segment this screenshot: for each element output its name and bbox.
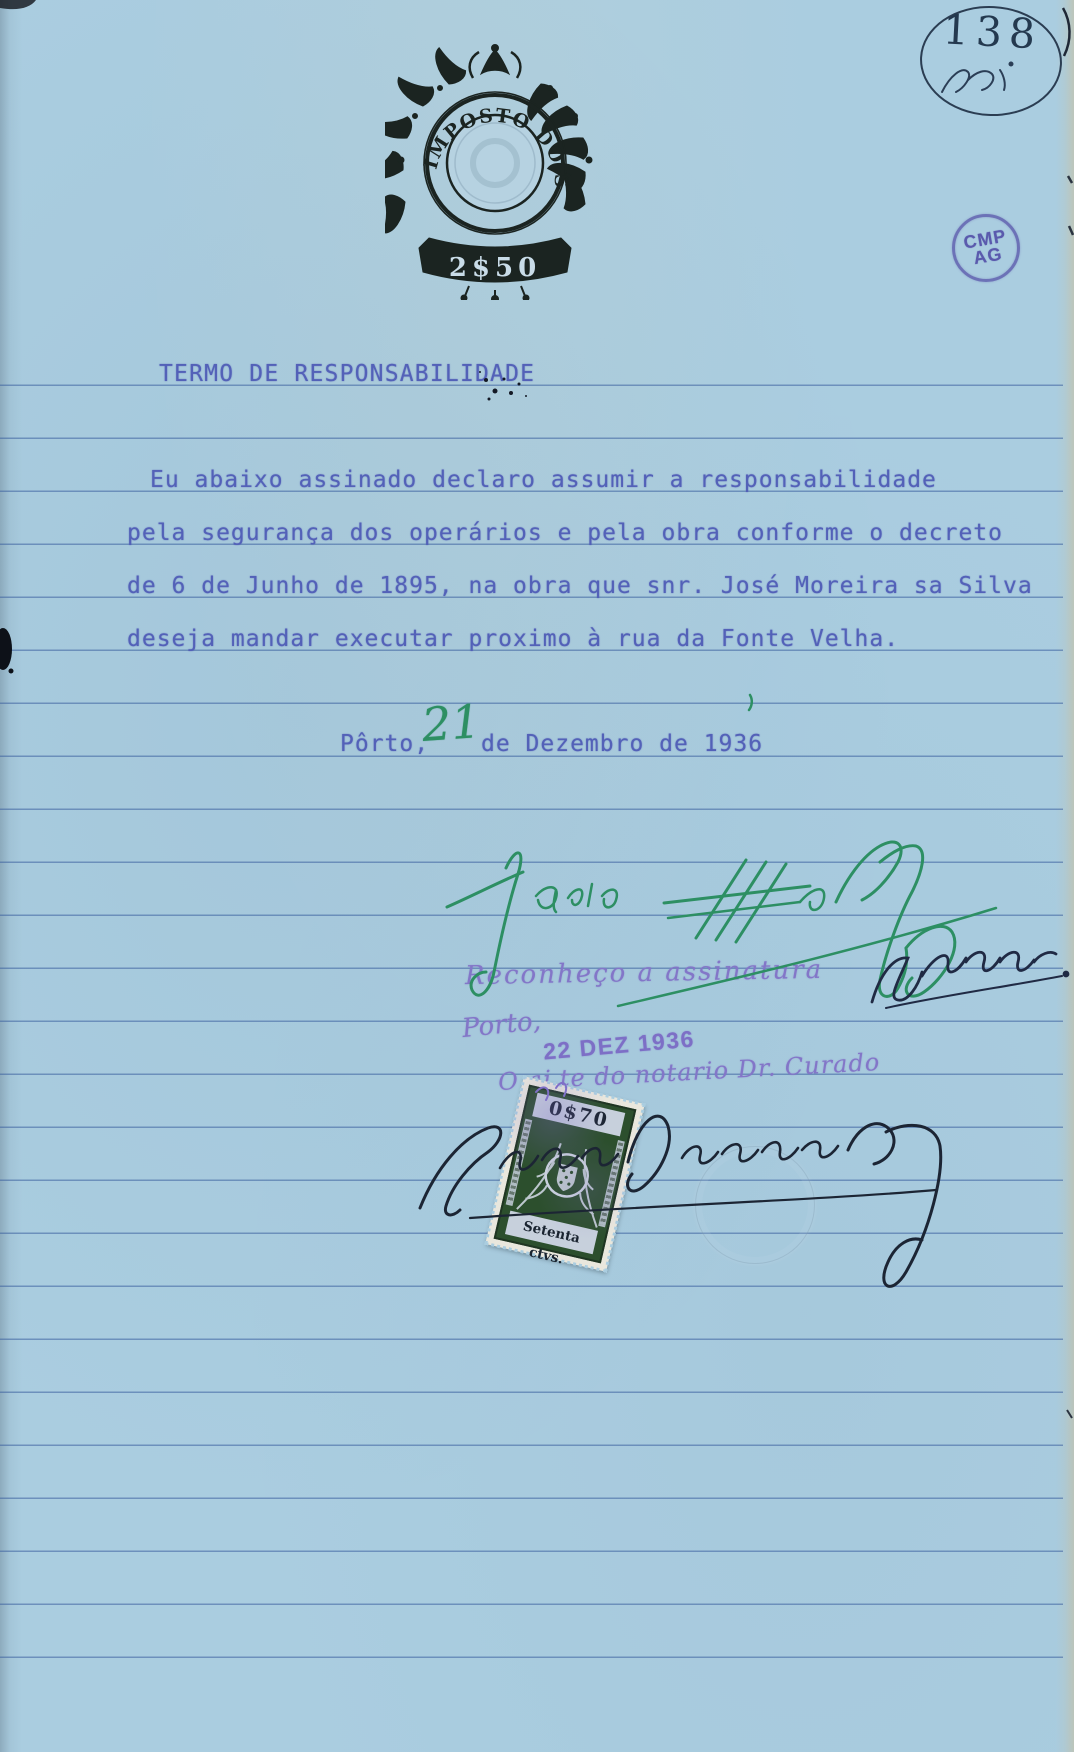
body-line-3: de 6 de Junho de 1895, na obra que snr. …: [127, 573, 1033, 599]
folio-oval: 138: [917, 2, 1065, 119]
tax-seal-tassels: [462, 286, 529, 300]
tax-seal-banner: 2$50: [419, 238, 571, 283]
blind-emboss-seal: [695, 1146, 815, 1264]
tax-seal: IMPOSTO DO SELO 2$50: [385, 42, 605, 300]
tax-seal-center: [447, 115, 543, 211]
cmp-stamp-line2: AG: [965, 244, 1010, 268]
tax-seal-wreath: [385, 47, 594, 234]
dateline-rest: de Dezembro de 1936: [481, 731, 763, 757]
body-line-1: Eu abaixo assinado declaro assumir a res…: [150, 467, 937, 493]
body-line-2: pela segurança dos operários e pela obra…: [127, 520, 1003, 546]
body-line-4: deseja mandar executar proximo à rua da …: [127, 626, 899, 652]
cmp-stamp: CMP AG: [952, 214, 1020, 282]
tax-seal-ring-text: IMPOSTO DO SELO: [385, 42, 572, 189]
dateline-place: Pôrto,: [340, 731, 429, 757]
tax-seal-crest: [470, 45, 521, 79]
recognition-stamp-text: Reconheço a assinatura: [465, 955, 824, 991]
dateline-day-handwritten: 21: [420, 694, 482, 752]
folio-number: 138: [922, 4, 1062, 59]
document-title: TERMO DE RESPONSABILIDADE: [159, 361, 535, 387]
document-scan-page: IMPOSTO DO SELO 2$50 138 CMP AG TERMO DE…: [0, 0, 1074, 1752]
tax-seal-value: 2$50: [449, 253, 541, 283]
